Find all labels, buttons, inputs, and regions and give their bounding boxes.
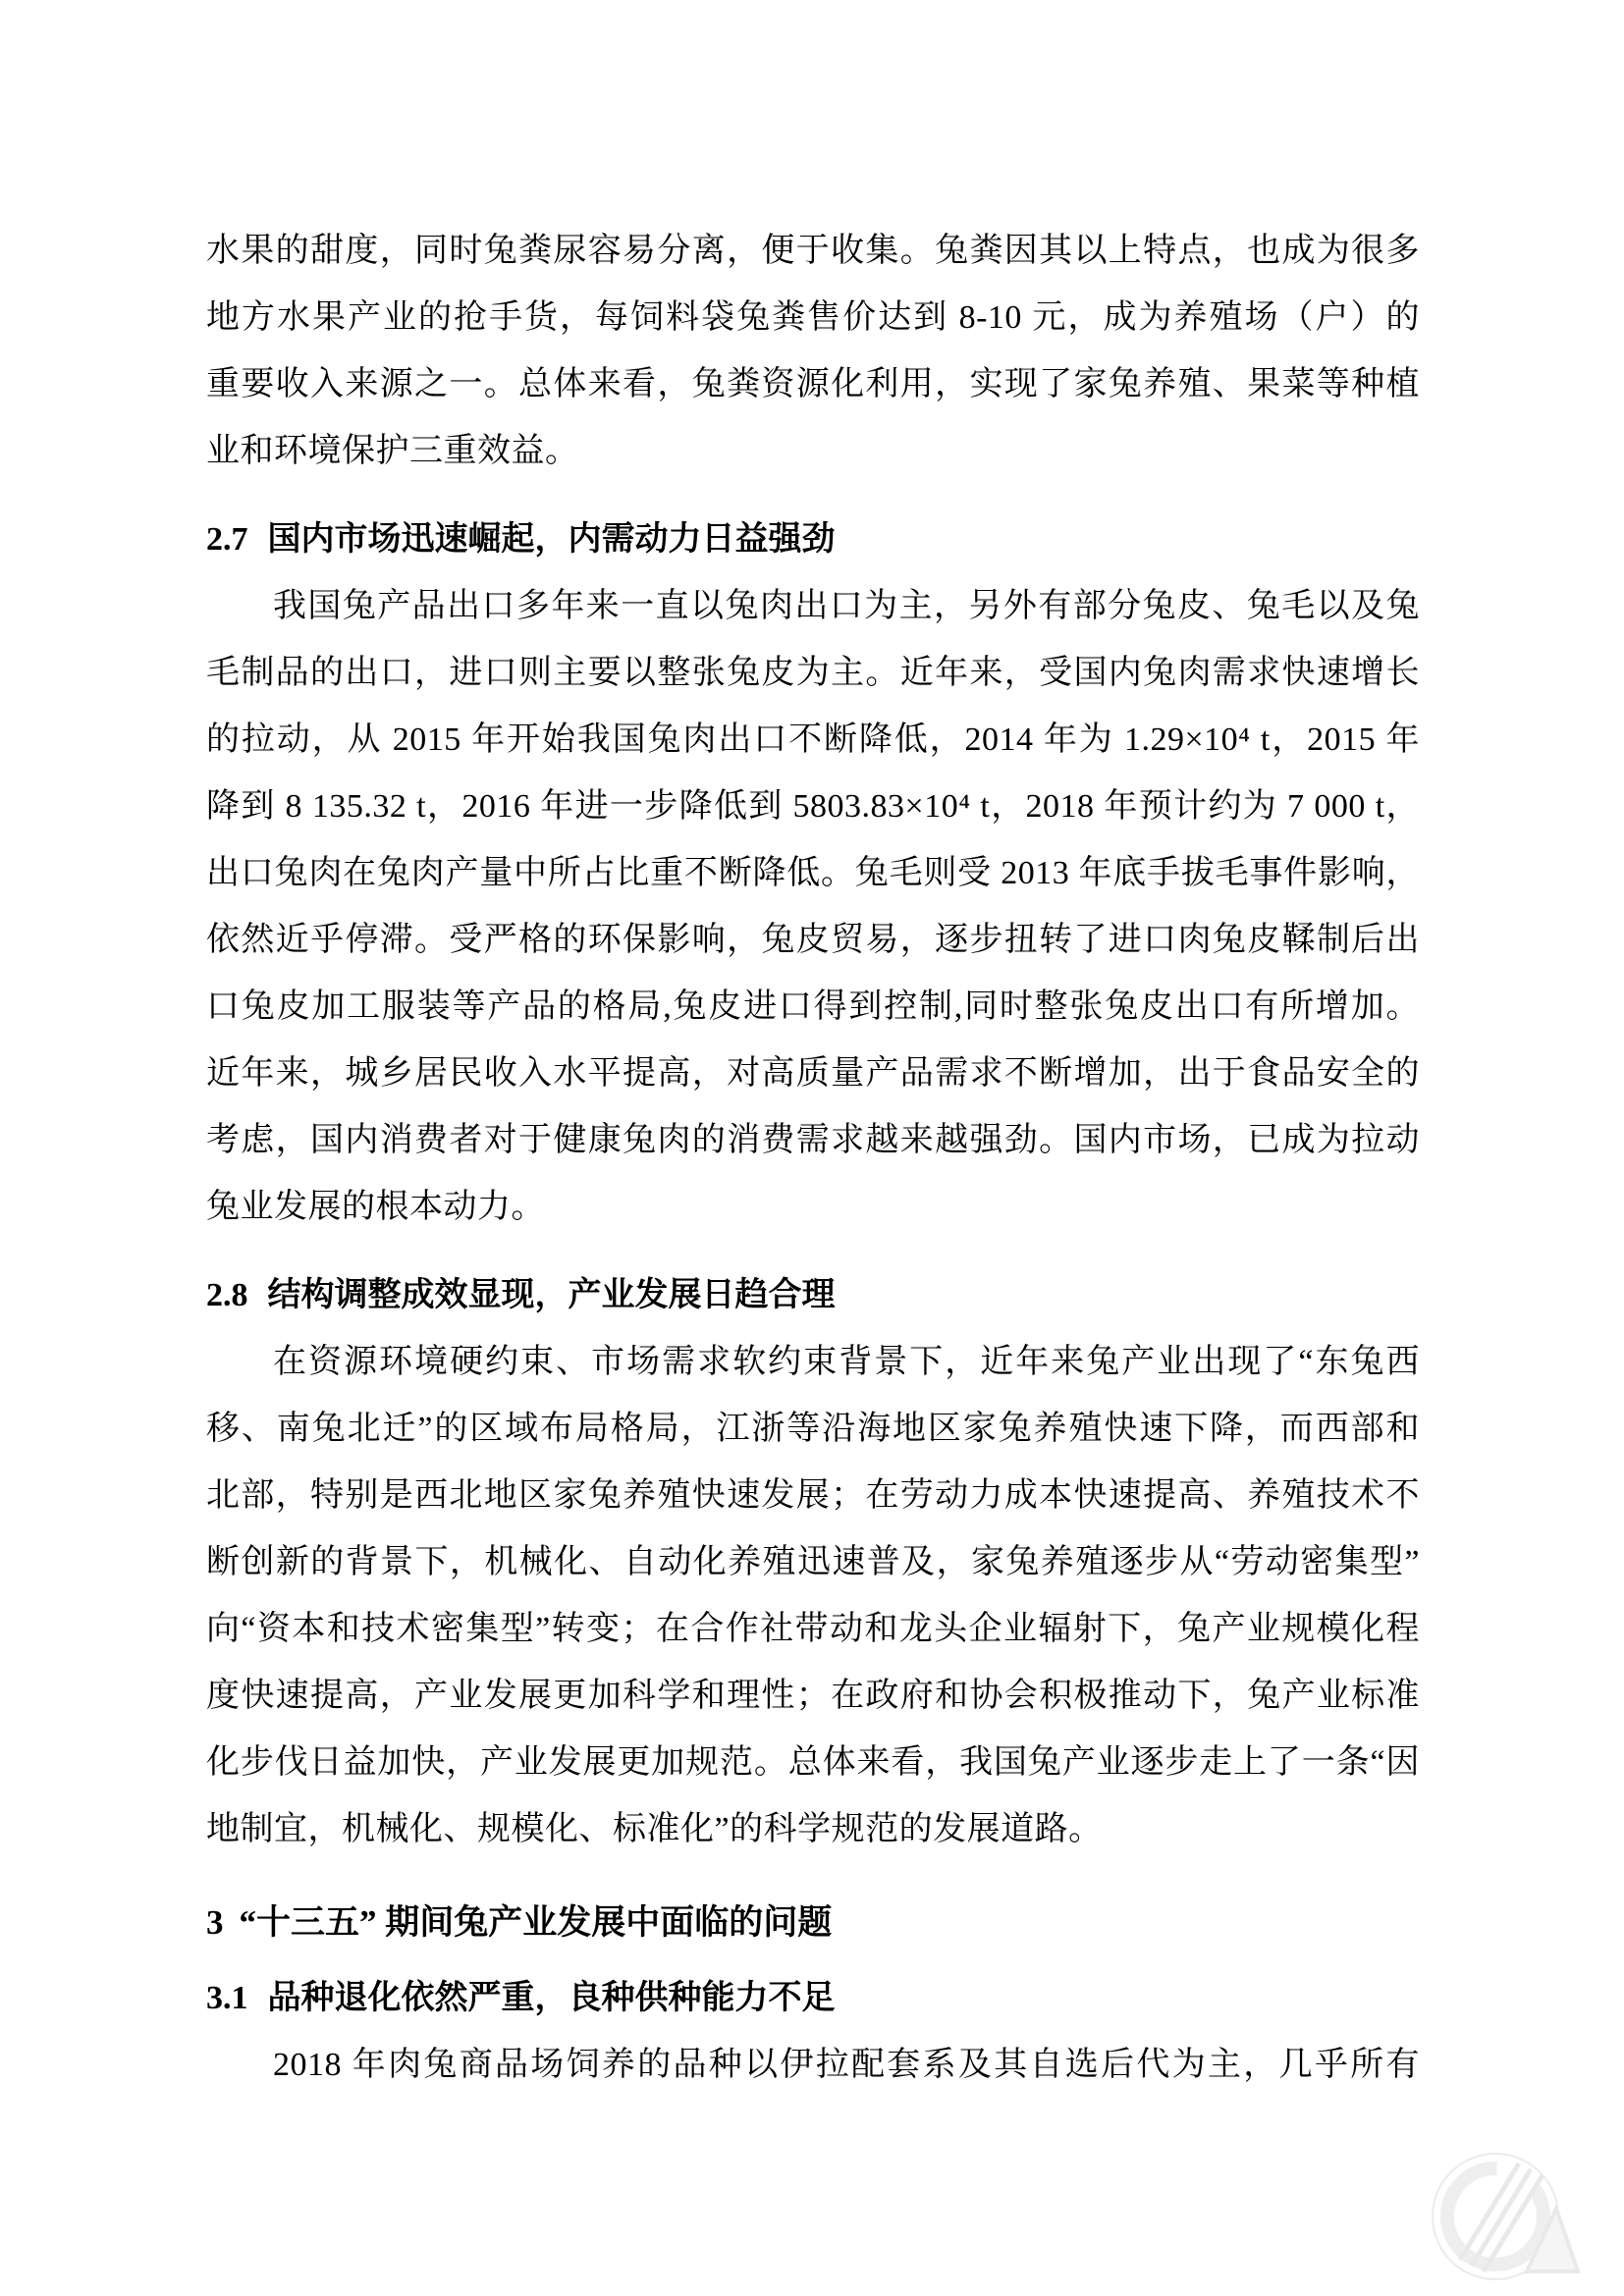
document-page: 水果的甜度，同时兔粪尿容易分离，便于收集。兔粪因其以上特点，也成为很多 地方水果… <box>206 218 1420 2099</box>
text-line: 口兔皮加工服装等产品的格局,兔皮进口得到控制,同时整张兔皮出口有所增加。 <box>206 974 1420 1041</box>
text-line: 重要收入来源之一。总体来看，兔粪资源化利用，实现了家兔养殖、果菜等种植 <box>206 351 1420 418</box>
heading-text: 国内市场迅速崛起，内需动力日益强劲 <box>268 521 836 558</box>
text-line: 业和环境保护三重效益。 <box>206 418 1420 485</box>
text-line: 的拉动，从 2015 年开始我国兔肉出口不断降低，2014 年为 1.29×10… <box>206 707 1420 774</box>
heading-number: 2.7 <box>206 521 248 558</box>
heading-number: 2.8 <box>206 1277 248 1313</box>
paragraph-domestic-market: 我国兔产品出口多年来一直以兔肉出口为主，另外有部分兔皮、兔毛以及兔 毛制品的出口… <box>206 573 1420 1241</box>
text-line: 水果的甜度，同时兔粪尿容易分离，便于收集。兔粪因其以上特点，也成为很多 <box>206 218 1420 285</box>
text-line: 考虑，国内消费者对于健康兔肉的消费需求越来越强劲。国内市场，已成为拉动 <box>206 1107 1420 1174</box>
heading-number: 3 <box>206 1903 224 1942</box>
heading-text: 品种退化依然严重，良种供种能力不足 <box>268 1980 836 2016</box>
text-line: 近年来，城乡居民收入水平提高，对高质量产品需求不断增加，出于食品安全的 <box>206 1041 1420 1107</box>
text-line: 依然近乎停滞。受严格的环保影响，兔皮贸易，逐步扭转了进口肉兔皮鞣制后出 <box>206 907 1420 974</box>
heading-text: “十三五” 期间兔产业发展中面临的问题 <box>240 1903 833 1942</box>
paragraph-breed-degeneration: 2018 年肉兔商品场饲养的品种以伊拉配套系及其自选后代为主，几乎所有 <box>206 2032 1420 2099</box>
watermark-logo <box>1417 2140 1603 2292</box>
text-line: 向“资本和技术密集型”转变；在合作社带动和龙头企业辐射下，兔产业规模化程 <box>206 1596 1420 1663</box>
paragraph-structure-adjustment: 在资源环境硬约束、市场需求软约束背景下，近年来兔产业出现了“东兔西 移、南兔北迁… <box>206 1329 1420 1863</box>
text-line: 断创新的背景下，机械化、自动化养殖迅速普及，家兔养殖逐步从“劳动密集型” <box>206 1529 1420 1596</box>
text-line: 在资源环境硬约束、市场需求软约束背景下，近年来兔产业出现了“东兔西 <box>206 1329 1420 1396</box>
heading-2-7: 2.7国内市场迅速崛起，内需动力日益强劲 <box>206 507 1420 573</box>
text-line: 降到 8 135.32 t，2016 年进一步降低到 5803.83×10⁴ t… <box>206 774 1420 840</box>
text-line: 地方水果产业的抢手货，每饲料袋兔粪售价达到 8-10 元，成为养殖场（户）的 <box>206 285 1420 351</box>
heading-3: 3“十三五” 期间兔产业发展中面临的问题 <box>206 1889 1420 1957</box>
text-line: 度快速提高，产业发展更加科学和理性；在政府和协会积极推动下，兔产业标准 <box>206 1663 1420 1730</box>
text-line: 移、南兔北迁”的区域布局格局，江浙等沿海地区家兔养殖快速下降，而西部和 <box>206 1396 1420 1463</box>
text-line: 北部，特别是西北地区家兔养殖快速发展；在劳动力成本快速提高、养殖技术不 <box>206 1463 1420 1529</box>
text-line: 毛制品的出口，进口则主要以整张兔皮为主。近年来，受国内兔肉需求快速增长 <box>206 640 1420 707</box>
text-line: 2018 年肉兔商品场饲养的品种以伊拉配套系及其自选后代为主，几乎所有 <box>206 2032 1420 2099</box>
heading-3-1: 3.1品种退化依然严重，良种供种能力不足 <box>206 1965 1420 2032</box>
text-line: 化步伐日益加快，产业发展更加规范。总体来看，我国兔产业逐步走上了一条“因 <box>206 1730 1420 1796</box>
heading-2-8: 2.8结构调整成效显现，产业发展日趋合理 <box>206 1262 1420 1329</box>
text-line: 地制宜，机械化、规模化、标准化”的科学规范的发展道路。 <box>206 1796 1420 1863</box>
heading-number: 3.1 <box>206 1980 248 2016</box>
heading-text: 结构调整成效显现，产业发展日趋合理 <box>268 1277 836 1313</box>
text-line: 出口兔肉在兔肉产量中所占比重不断降低。兔毛则受 2013 年底手拔毛事件影响， <box>206 840 1420 907</box>
text-line: 兔业发展的根本动力。 <box>206 1174 1420 1241</box>
text-line: 我国兔产品出口多年来一直以兔肉出口为主，另外有部分兔皮、兔毛以及兔 <box>206 573 1420 640</box>
paragraph-manure-benefits: 水果的甜度，同时兔粪尿容易分离，便于收集。兔粪因其以上特点，也成为很多 地方水果… <box>206 218 1420 485</box>
